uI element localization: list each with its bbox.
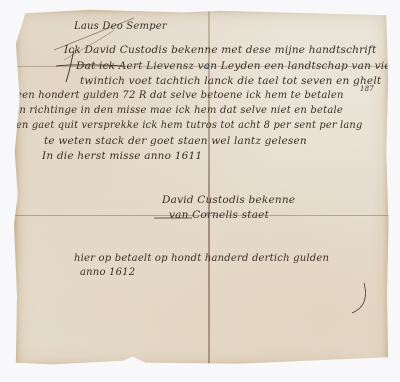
body-line-3: twintich voet tachtich lanck die tael to…: [80, 75, 381, 87]
paper-sheet: Laus Deo Semper Ick David Custodis beken…: [14, 8, 390, 368]
body-line-4: een hondert gulden 72 R dat selve betoen…: [16, 90, 344, 101]
body-line-1: Ick David Custodis bekenne met dese mijn…: [64, 44, 376, 56]
body-line-6: en gaet quit versprekke ick hem tutros t…: [16, 120, 362, 131]
body-line-5: in richtinge in den misse mae ick hem da…: [16, 105, 343, 116]
body-line-8: In die herst misse anno 1611: [42, 150, 202, 162]
signature-line-2: van Cornelis staet: [169, 209, 269, 221]
heading-laus-deo: Laus Deo Semper: [74, 21, 167, 32]
document-photo: Laus Deo Semper Ick David Custodis beken…: [0, 0, 400, 382]
body-line-7: te weten stack der goet staen wel lantz …: [44, 135, 307, 147]
body-line-2: Dat ick Aert Lievensz van Leyden een lan…: [76, 60, 396, 72]
margin-note: 187: [360, 85, 374, 93]
postscript-line-1: hier op betaelt op hondt handerd dertich…: [74, 253, 329, 264]
postscript-line-2: anno 1612: [80, 267, 135, 278]
signature-line-1: David Custodis bekenne: [162, 194, 295, 206]
